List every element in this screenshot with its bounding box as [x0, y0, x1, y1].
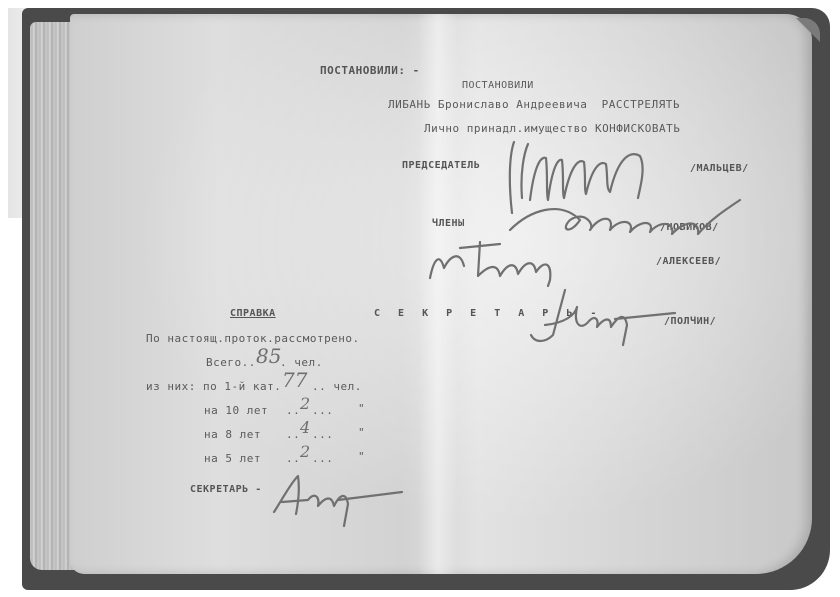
- cat1-unit: .. чел.: [312, 380, 362, 393]
- scanned-document: ПОСТАНОВИЛИ: - ПОСТАНОВИЛИ ЛИБАНЬ Бронис…: [0, 0, 840, 597]
- row-value: 2: [300, 394, 310, 413]
- row-value: 2: [300, 442, 310, 461]
- summary-secretary-signature: [268, 470, 408, 530]
- chairman-name: /МАЛЬЦЕВ/: [690, 163, 749, 174]
- total-label: Всего..: [206, 356, 256, 369]
- confiscation-line: Лично принадл.имущество КОНФИСКОВАТЬ: [424, 122, 680, 135]
- row-unit: ": [358, 450, 365, 463]
- row-dots: ..: [286, 428, 300, 441]
- row-label: на 10 лет: [204, 404, 268, 417]
- row-dots: ...: [312, 428, 333, 441]
- row-dots: ..: [286, 452, 300, 465]
- row-dots: ...: [312, 452, 333, 465]
- summary-secretary-label: СЕКРЕТАРЬ -: [190, 484, 262, 495]
- sentence-line: ЛИБАНЬ Брониславо Андреевича РАССТРЕЛЯТЬ: [388, 98, 680, 111]
- row-value: 4: [300, 418, 310, 437]
- cat1-label: из них: по 1-й кат.: [146, 380, 281, 393]
- row-unit: ": [358, 426, 365, 439]
- total-value: 85: [256, 344, 281, 368]
- secretary-signature: [525, 285, 685, 350]
- summary-intro: По настоящ.проток.рассмотрено.: [146, 332, 360, 345]
- member-2-signature: [420, 238, 570, 288]
- resolution-subheading: ПОСТАНОВИЛИ: [462, 80, 534, 91]
- row-dots: ...: [312, 404, 333, 417]
- summary-heading: СПРАВКА: [230, 308, 276, 319]
- cat1-value: 77: [282, 368, 307, 392]
- row-dots: ..: [286, 404, 300, 417]
- members-title: ЧЛЕНЫ: [432, 218, 465, 229]
- chairman-title: ПРЕДСЕДАТЕЛЬ: [402, 160, 480, 171]
- resolution-heading: ПОСТАНОВИЛИ: -: [320, 64, 420, 77]
- row-label: на 5 лет: [204, 452, 261, 465]
- row-label: на 8 лет: [204, 428, 261, 441]
- member-2-name: /АЛЕКСЕЕВ/: [656, 256, 721, 267]
- row-unit: ": [358, 402, 365, 415]
